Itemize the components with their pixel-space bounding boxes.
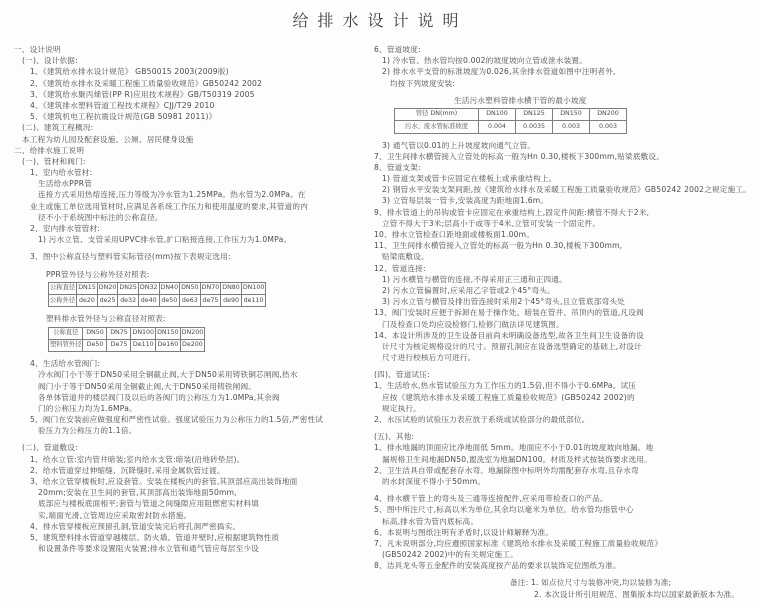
drawing-sheet: 给排水设计说明 一、设计说明(一)、设计依据:1、《建筑给水排水设计规范》 GB… [0, 0, 760, 608]
text-line: 8、洁具龙头等五金配件的安装高度按产品的要求以装饰定位图纸为准。 [370, 560, 760, 571]
ppr-dn-table: 公称直径DN15DN20DN25DN32DN40DN50DN70DN80DN10… [48, 282, 266, 308]
subsection-heading: (一)、设计依据: [10, 55, 368, 66]
value-cell: DN25 [118, 282, 139, 294]
slope-table: 管径 DN(mm)DN100DN125DN150DN200污水、废水管标准坡度0… [394, 108, 627, 134]
text-line: 1、《建筑给水排水设计规范》 GB50015 2003(2009版) [10, 66, 368, 77]
value-cell: DN200 [590, 108, 627, 120]
text-line: 2、水压试验的试验压力表应放于系统或试验部分的最低部位。 [370, 414, 760, 425]
value-cell: DN15 [77, 282, 98, 294]
text-line: 5、《建筑机电工程抗震设计规范(GB 50981 2011)》 [10, 111, 368, 122]
text-line: 2、给水管道穿过伸缩缝、沉降缝时,采用金属软管过渡。 [10, 465, 368, 476]
text-line: 漏规格卫生间地漏DN50,盥洗室为地漏DN100。材质及样式按装饰要求选用。 [370, 454, 760, 465]
value-cell: DN50 [83, 327, 107, 339]
text-line: 13、阀门安装时应便于拆卸在易于操作处。暗装在管井、吊顶内的管道,凡设阀 [370, 307, 760, 318]
value-cell: 0.0035 [516, 121, 553, 133]
row-label-cell: 公称外径 [49, 295, 77, 307]
text-line: 标高,排水管为管内底标高。 [370, 516, 760, 527]
text-line: 生活给水PPR管 [10, 178, 368, 189]
text-line: 4、《建筑排水塑料管道工程技术规程》CJJ/T29 2010 [10, 100, 368, 111]
text-line: 6、管道坡度: [370, 44, 760, 55]
text-line: 1) 冷水管、热水管均按0.002的坡度坡向立管或泄水装置。 [370, 55, 760, 66]
subsection-heading: (二)、建筑工程概况: [10, 122, 368, 133]
value-cell: De75 [107, 339, 131, 351]
text-line: 4、排水横干管上的弯头及三通等连接配件,应采用带检查口的产品。 [370, 493, 760, 504]
text-line: 应按《建筑给水排水及采暖工程施工质量验收规范》(GB50242 2002)的 [370, 392, 760, 403]
text-line: 5、图中所注尺寸,标高以米为单位,其余均以毫米为单位。给水管均指管中心 [370, 504, 760, 515]
row-label-cell: 公称直径 [49, 282, 77, 294]
text-line: 规定执行。 [370, 403, 760, 414]
text-line: 10、排水立管检查口距地面或楼板面1.00m。 [370, 229, 760, 240]
value-cell: De110 [131, 339, 156, 351]
text-line: 径不小于系统图中标注的公称直径。 [10, 212, 368, 223]
text-line: 1、生活给水,热水管试验压力为工作压力的1.5倍,但不得小于0.6MPa。试压 [370, 380, 760, 391]
subsection-heading: (五)、其他: [370, 431, 760, 442]
value-cell: de63 [180, 295, 201, 307]
text-line: 12、管道连接: [370, 263, 760, 274]
text-line: 贴梁底敷设。 [370, 251, 760, 262]
text-line: 均按下列坡度安装: [370, 78, 760, 89]
value-cell: de110 [241, 295, 266, 307]
text-line: 2、《建筑给水排水及采暖工程施工质量验收规范》GB50242 2002 [10, 78, 368, 89]
text-line: 的水封深度不得小于50mm。 [370, 476, 760, 487]
value-cell: De200 [180, 339, 205, 351]
text-line: 3、《建筑给水聚丙烯管(PP R)应用技术规程》GB/T50319 2005 [10, 89, 368, 100]
text-line: 门及检查口处均应设检修门,检修门做法详见建筑图。 [370, 319, 760, 330]
row-label-cell: 公称直径 [49, 327, 83, 339]
value-cell: DN80 [221, 282, 242, 294]
value-cell: de75 [200, 295, 221, 307]
text-line: 3) 立管每层装一管卡,安装高度为距地面1.6m。 [370, 195, 760, 206]
right-column: 6、管道坡度:1) 冷水管、热水管均按0.002的坡度坡向立管或泄水装置。2) … [368, 44, 760, 608]
text-line: 和设置条件等要求设置阻火装置;排水立管和通气管应每层至少设 [10, 543, 368, 554]
text-line: 3、给水立管穿楼板时,应设套管。安装在楼板内的套管,其顶部应高出装饰地面 [10, 476, 368, 487]
text-line: 14、本设计所涉及的卫生设备目前尚未明确设备选型,故各卫生间卫生设备的设 [370, 330, 760, 341]
value-cell: de50 [159, 295, 180, 307]
value-cell: DN150 [156, 327, 181, 339]
text-line: 连接方式采用热熔连接,压力等级为冷水管为1.25MPa。热水管为2.0MPa。在 [10, 189, 368, 200]
subsection-heading: (二)、管道敷设: [10, 442, 368, 453]
text-line: 1、排水地漏的顶面应比净地面低 5mm。地面应不小于0.01的坡度坡向地漏。地 [370, 442, 760, 453]
value-cell: DN125 [516, 108, 553, 120]
section-heading: 二、给排水施工说明 [10, 145, 368, 156]
text-line: 7、卫生间排水横管接入立管处的标高一般为Hn 0.30,楼板下300mm,贴梁底… [370, 151, 760, 162]
value-cell: De160 [156, 339, 181, 351]
text-line: 立管不得大于3米;层高小于或等于4米,立管可安装一个固定件。 [370, 218, 760, 229]
value-cell: DN100 [241, 282, 266, 294]
subsection-heading: (一)、管材和阀门: [10, 156, 368, 167]
text-line: 2、卫生洁具自带或配套存水弯。地漏除图中标明外均需配套存水弯,且存水弯 [370, 465, 760, 476]
remark-line: 备注: 1. 如点位尺寸与装修冲突,均以装修为准; [370, 577, 760, 588]
text-line: 1、室内给水管材: [10, 167, 368, 178]
value-cell: DN100 [479, 108, 516, 120]
text-line: 5、阀门在安装前应做强度和严密性试验。强度试验压力为公称压力的1.5倍,严密性试 [10, 414, 368, 425]
text-line: 2) 污水立管偏置时,应采用乙字管或2个45°弯头。 [370, 285, 760, 296]
text-line: 2、室内排水管管材: [10, 223, 368, 234]
value-cell: DN75 [107, 327, 131, 339]
section-heading: 一、设计说明 [10, 44, 368, 55]
value-cell: DN200 [180, 327, 205, 339]
drain-dn-table: 公称直径DN50DN75DN100DN150DN200塑料管外径De50De75… [48, 327, 205, 353]
text-line: 5、建筑塑料排水管道穿越楼层、防火墙、管道井壁时,应根据建筑物性质 [10, 532, 368, 543]
text-line: 4、排水管穿楼板应预留孔洞,管道安装完后将孔洞严密捣实。 [10, 521, 368, 532]
value-cell: 0.004 [479, 121, 516, 133]
table-title: 生活污水塑料管排水横干管的最小坡度 [370, 95, 760, 106]
text-line: 8、管道支架: [370, 162, 760, 173]
value-cell: de32 [118, 295, 139, 307]
text-line: 4、生活给水管阀门: [10, 358, 368, 369]
text-line: 各单体管道井的楼层阀门及以后的各阀门的公称压力为1.0MPa,其余阀 [10, 392, 368, 403]
value-cell: DN20 [97, 282, 118, 294]
left-column: 一、设计说明(一)、设计依据:1、《建筑给水排水设计规范》 GB50015 20… [0, 44, 368, 608]
text-line: 3) 污水立管与横管及排出管连接时采用2个45°弯头,且立管底部弯头处 [370, 296, 760, 307]
text-line: 2) 排水水平支管的标准坡度为0.026,其余排水管道如图中注明者外, [370, 66, 760, 77]
value-cell: de40 [138, 295, 159, 307]
page-title: 给排水设计说明 [0, 8, 760, 31]
text-line: 实,端面光滑,立管周边应采取密封防水措施。 [10, 510, 368, 521]
value-cell: de90 [221, 295, 242, 307]
content-columns: 一、设计说明(一)、设计依据:1、《建筑给水排水设计规范》 GB50015 20… [0, 44, 760, 608]
value-cell: DN50 [180, 282, 201, 294]
text-line: 底部应与楼板底面相平;套管与管道之间缝隙应用阻燃密实材料填 [10, 498, 368, 509]
value-cell: de20 [77, 295, 98, 307]
value-cell: de25 [97, 295, 118, 307]
text-line: 1) 污水横管与横管的连接,不得采用正三通和正四通。 [370, 274, 760, 285]
text-line: 2) 钢管水平安装支架间距,按《建筑给水排水及采暖工程施工质量验收规范》GB50… [370, 184, 760, 195]
value-cell: De50 [83, 339, 107, 351]
text-line: 1) 管道支架或管卡应固定在楼板上或承重结构上。 [370, 173, 760, 184]
remark-line: 2. 本次设计所引用规范、图集版本均以国家最新版本为准。 [370, 589, 760, 600]
row-label-cell: 污水、废水管标准坡度 [395, 121, 479, 133]
value-cell: DN70 [200, 282, 221, 294]
row-label-cell: 塑料管外径 [49, 339, 83, 351]
table-title: PPR管外径与公称外径对照表: [10, 269, 368, 280]
text-line: 20mm;安装在卫生间的套管,其顶部高出装饰地面50mm, [10, 487, 368, 498]
value-cell: DN150 [553, 108, 590, 120]
text-line: 3) 通气管以0.01的上升坡度坡向通气立管。 [370, 140, 760, 151]
text-line: 门的公称压力均为1.6MPa。 [10, 403, 368, 414]
text-line: 冷水阀门小于等于DN50采用全铜截止阀,大于DN50采用铸铁铜芯闸阀,热水 [10, 369, 368, 380]
subsection-heading: (四)、管道试压: [370, 369, 760, 380]
value-cell: 0.003 [590, 121, 627, 133]
text-line: 1) 污水立管、支管采用UPVC排水管,扩口粘接连接,工作压力为1.0MPa。 [10, 234, 368, 245]
row-label-cell: 管径 DN(mm) [395, 108, 479, 120]
text-line: 本工程为幼儿园及配套设施、公厕、居民健身设施 [10, 134, 368, 145]
text-line: 11、卫生间排水横管接入立管处的标高一般为Hn 0.30,楼板下300mm, [370, 240, 760, 251]
text-line: 1、给水立管:室内管井暗装;室内给水支管:暗装(沿地砖垫层)。 [10, 454, 368, 465]
value-cell: DN32 [138, 282, 159, 294]
text-line: 阀门小于等于DN50采用全铜截止阀,大于DN50采用铸铁闸阀。 [10, 381, 368, 392]
table-title: 塑料排水管外径与公称直径对照表: [10, 313, 368, 324]
text-line: 3、图中公称直径与塑料管实际管径(mm)按下表规定选用: [10, 251, 368, 262]
text-line: (GB50242 2002)中的有关规定施工。 [370, 549, 760, 560]
text-line: 尺寸进行校核后方可进行。 [370, 352, 760, 363]
value-cell: DN40 [159, 282, 180, 294]
text-line: 验压力为公称压力的1.1倍。 [10, 425, 368, 436]
text-line: 9、排水管道上的吊钩或管卡应固定在承重结构上,固定件间距:横管不得大于2米, [370, 207, 760, 218]
text-line: 6、本说明与图纸注明有矛盾时,以设计师解释为准。 [370, 527, 760, 538]
text-line: 计尺寸为核定规格设计的尺寸。预留孔洞应在设备选型确定的基础上,对设计 [370, 341, 760, 352]
value-cell: 0.003 [553, 121, 590, 133]
text-line: 7、凡未说明部分,均应遵照国家标准《建筑给水排水及采暖工程施工质量验收规范》 [370, 538, 760, 549]
value-cell: DN100 [131, 327, 156, 339]
text-line: 业主或施工单位选用管材时,应满足各系统工作压力和使用温度的要求,其管道的内 [10, 201, 368, 212]
